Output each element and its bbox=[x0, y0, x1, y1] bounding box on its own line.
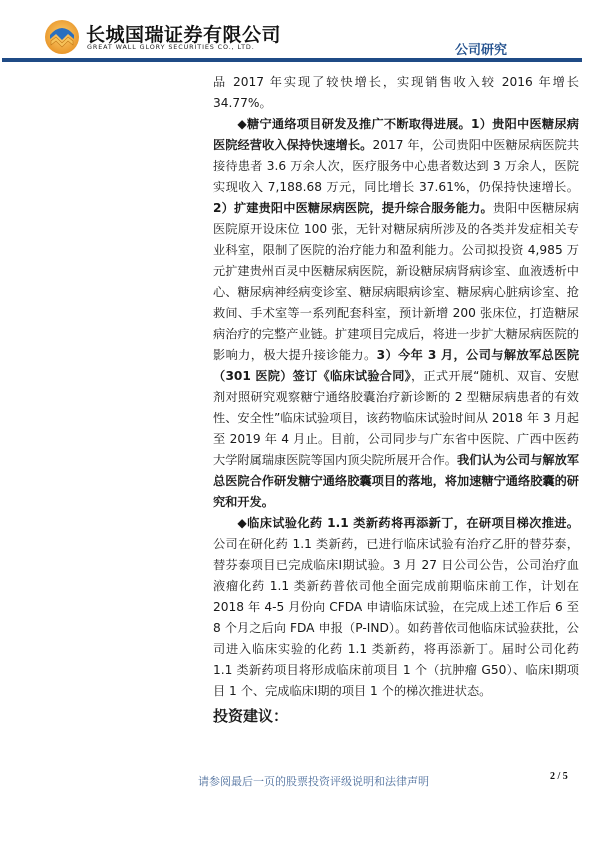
page-header: 长城国瑞证券有限公司 GREAT WALL GLORY SECURITIES C… bbox=[0, 0, 596, 64]
body-text: 贵阳中医糖尿病医院原开设床位 100 张，无针对糖尿病所涉及的各类并发症相关专业… bbox=[213, 201, 579, 362]
paragraph-continuation: 品 2017 年实现了较快增长，实现销售收入较 2016 年增长 34.77%。 bbox=[213, 72, 579, 114]
page-number: 2 / 5 bbox=[550, 771, 568, 782]
paragraph-tangning-project: ◆糖宁通络项目研发及推广不断取得进展。1）贵阳中医糖尿病医院经营收入保持快速增长… bbox=[213, 114, 579, 513]
footer-disclaimer-note: 请参阅最后一页的股票投资评级说明和法律声明 bbox=[198, 773, 429, 789]
section-tag: 公司研究 bbox=[455, 39, 507, 58]
bold-text: ◆临床试验化药 1.1 类新药将再添新丁，在研项目梯次推进。 bbox=[237, 516, 579, 530]
company-logo-icon bbox=[44, 19, 80, 55]
report-body: 品 2017 年实现了较快增长，实现销售收入较 2016 年增长 34.77%。… bbox=[213, 72, 579, 728]
header-divider bbox=[2, 58, 582, 62]
body-text: 公司在研化药 1.1 类新药，已进行临床试验有治疗乙肝的替芬泰，替芬泰项目已完成… bbox=[213, 537, 579, 698]
bold-text: 2）扩建贵阳中医糖尿病医院，提升综合服务能力。 bbox=[213, 201, 493, 215]
section-heading-investment-advice: 投资建议： bbox=[213, 704, 579, 728]
paragraph-new-drugs: ◆临床试验化药 1.1 类新药将再添新丁，在研项目梯次推进。公司在研化药 1.1… bbox=[213, 513, 579, 702]
brand-name-en: GREAT WALL GLORY SECURITIES CO., LTD. bbox=[87, 43, 255, 51]
